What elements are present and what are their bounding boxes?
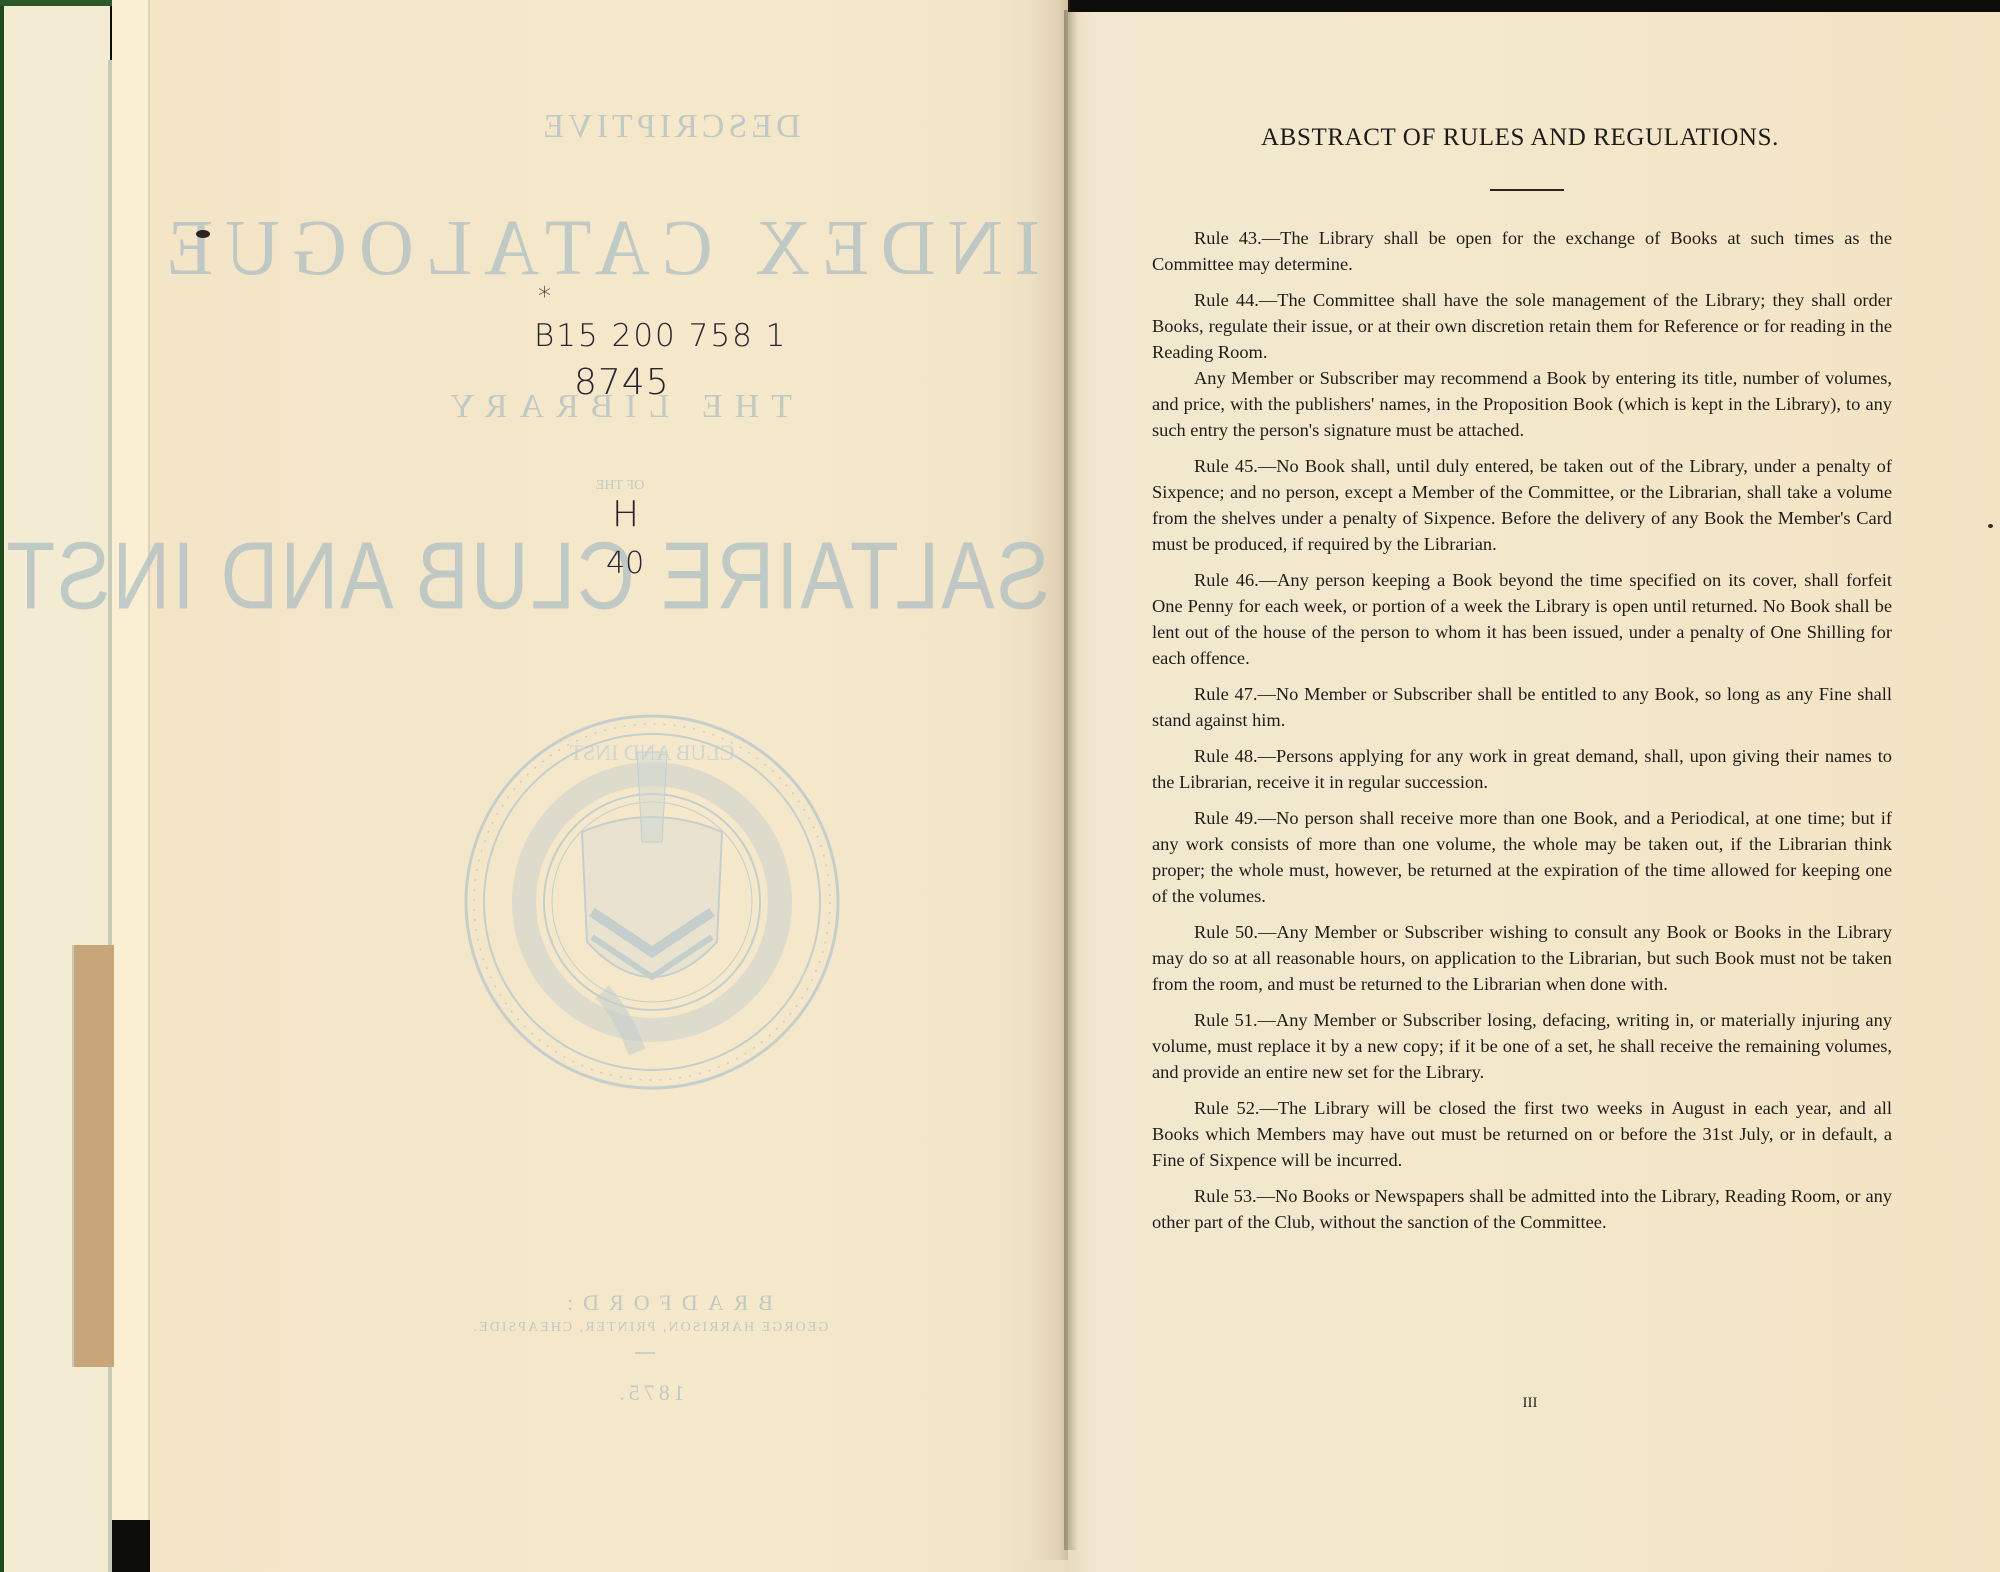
bleed-through-dash: [635, 1352, 655, 1354]
handwritten-asterisk: *: [538, 282, 551, 312]
rules-list: Rule 43.—The Library shall be open for t…: [1152, 225, 1892, 1245]
rule-49: Rule 49.—No person shall receive more th…: [1152, 805, 1892, 909]
rule-45: Rule 45.—No Book shall, until duly enter…: [1152, 453, 1892, 557]
handwritten-accession-number: 8745: [574, 362, 670, 403]
rule-52: Rule 52.—The Library will be closed the …: [1152, 1095, 1892, 1173]
rule-43: Rule 43.—The Library shall be open for t…: [1152, 225, 1892, 277]
bleed-through-imprint-year: 1875.: [610, 1380, 690, 1406]
rule-46: Rule 46.—Any person keeping a Book beyon…: [1152, 567, 1892, 671]
tan-paper-strip: [74, 945, 114, 1367]
rule-51: Rule 51.—Any Member or Subscriber losing…: [1152, 1007, 1892, 1085]
rule-48: Rule 48.—Persons applying for any work i…: [1152, 743, 1892, 795]
bleed-through-descriptive: DESCRIPTIVE: [500, 108, 840, 146]
title-rule-divider: [1490, 189, 1564, 191]
handwritten-shelf-letter: H: [612, 494, 639, 535]
inner-flyleaf-strip: [112, 0, 150, 1520]
rule-53: Rule 53.—No Books or Newspapers shall be…: [1152, 1183, 1892, 1235]
bleed-through-of-the: OF THE: [560, 478, 680, 494]
page-title: ABSTRACT OF RULES AND REGULATIONS.: [1180, 124, 1860, 152]
rule-44: Rule 44.—The Committee shall have the so…: [1152, 287, 1892, 365]
bleed-through-imprint-printer: GEORGE HARRISON, PRINTER, CHEAPSIDE.: [440, 1320, 860, 1336]
page-number: III: [1500, 1395, 1560, 1412]
handwritten-call-number: B15 200 758 1: [534, 318, 787, 354]
rule-44-continuation: Any Member or Subscriber may recommend a…: [1152, 365, 1892, 443]
bleed-through-imprint-city: BRADFORD:: [540, 1290, 790, 1316]
paper-speck: [1988, 524, 1993, 528]
book-cover-top: [0, 0, 112, 6]
handwritten-shelf-number: 40: [606, 546, 644, 581]
bleed-through-index-catalogue: INDEX CATALOGUE: [320, 203, 1040, 294]
bleed-through-saltaire: SALTAIRE CLUB AND INSTITUTE: [260, 521, 1050, 631]
rule-47: Rule 47.—No Member or Subscriber shall b…: [1152, 681, 1892, 733]
rule-50: Rule 50.—Any Member or Subscriber wishin…: [1152, 919, 1892, 997]
seal-emblem-icon: CLUB AND INST: [462, 712, 842, 1092]
svg-text:CLUB AND INST: CLUB AND INST: [569, 740, 735, 765]
gutter-shadow: [1064, 10, 1078, 1550]
ink-blot: [196, 230, 210, 238]
